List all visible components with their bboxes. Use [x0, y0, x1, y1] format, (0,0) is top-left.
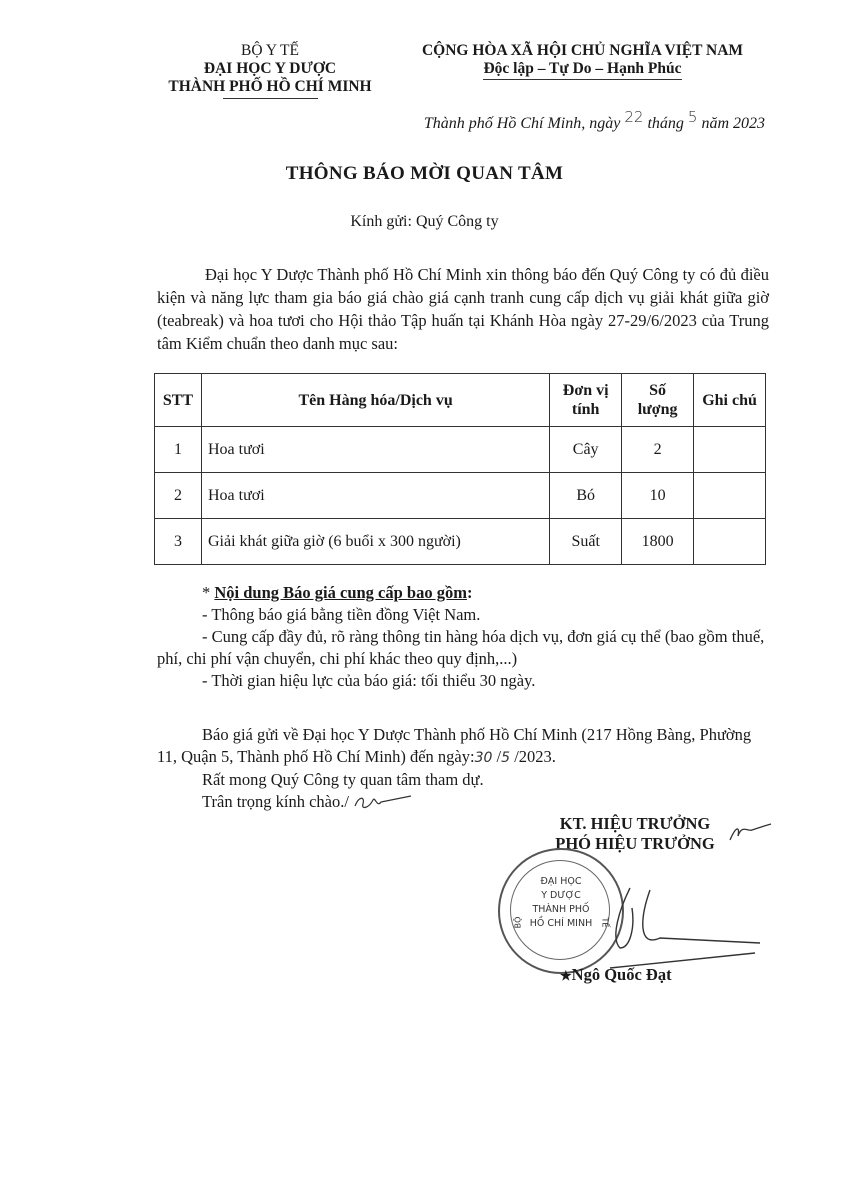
- signature-scribble-icon: [728, 818, 773, 846]
- table-row: 3 Giải khát giữa giờ (6 buổi x 300 người…: [155, 519, 766, 565]
- requirements-heading: * Nội dung Báo giá cung cấp bao gồm:: [157, 582, 787, 604]
- university-name: ĐẠI HỌC Y DƯỢC: [140, 60, 400, 78]
- signer-name-text: Ngô Quốc Đạt: [572, 965, 672, 984]
- cell-quantity: 10: [622, 473, 694, 519]
- regards-text: Trân trọng kính chào./: [202, 792, 349, 811]
- cell-item-name: Giải khát giữa giờ (6 buổi x 300 người): [201, 519, 549, 565]
- deadline-year: /2023.: [514, 747, 556, 766]
- national-motto: Độc lập – Tự Do – Hạnh Phúc: [483, 60, 681, 80]
- heading-colon: :: [467, 583, 473, 602]
- invitation-line: Rất mong Quý Công ty quan tâm tham dự.: [157, 769, 769, 791]
- requirement-item: - Thông báo giá bằng tiền đồng Việt Nam.: [157, 604, 787, 626]
- date-year: năm 2023: [701, 115, 765, 132]
- date-month-handwritten: 5: [688, 108, 698, 126]
- intro-paragraph: Đại học Y Dược Thành phố Hồ Chí Minh xin…: [157, 263, 769, 355]
- country-name: CỘNG HÒA XÃ HỘI CHỦ NGHĨA VIỆT NAM: [395, 42, 770, 60]
- header-stt: STT: [155, 374, 202, 427]
- cell-note: [694, 473, 766, 519]
- header-item-name: Tên Hàng hóa/Dịch vụ: [201, 374, 549, 427]
- cell-unit: Bó: [550, 473, 622, 519]
- stamp-side-text: BỘ: [513, 917, 522, 929]
- submission-text: Báo giá gửi về Đại học Y Dược Thành phố …: [157, 725, 751, 766]
- cell-item-name: Hoa tươi: [201, 427, 549, 473]
- header-divider: [223, 98, 318, 99]
- issuing-organization: BỘ Y TẾ ĐẠI HỌC Y DƯỢC THÀNH PHỐ HỒ CHÍ …: [140, 42, 400, 99]
- deadline-day-handwritten: 30: [475, 750, 493, 766]
- date-line: Thành phố Hồ Chí Minh, ngày 22 tháng 5 n…: [385, 114, 765, 133]
- asterisk-bullet: *: [202, 583, 210, 602]
- deadline-month-handwritten: 5: [501, 750, 510, 766]
- requirement-item: - Cung cấp đầy đủ, rõ ràng thông tin hàn…: [157, 626, 787, 670]
- cell-item-name: Hoa tươi: [201, 473, 549, 519]
- handwritten-signature-icon: [590, 878, 770, 978]
- header-quantity: Số lượng: [622, 374, 694, 427]
- ministry-name: BỘ Y TẾ: [140, 42, 400, 60]
- requirement-item: - Thời gian hiệu lực của báo giá: tối th…: [157, 670, 787, 692]
- initials-scribble-icon: [353, 794, 413, 812]
- signature-title-1: KT. HIỆU TRƯỞNG: [505, 814, 765, 834]
- document-title: THÔNG BÁO MỜI QUAN TÂM: [0, 163, 849, 185]
- closing-section: Báo giá gửi về Đại học Y Dược Thành phố …: [157, 724, 769, 813]
- cell-quantity: 2: [622, 427, 694, 473]
- cell-note: [694, 427, 766, 473]
- cell-stt: 3: [155, 519, 202, 565]
- regards-line: Trân trọng kính chào./: [157, 791, 769, 813]
- date-month-label: tháng: [647, 115, 683, 132]
- items-table: STT Tên Hàng hóa/Dịch vụ Đơn vị tính Số …: [154, 373, 766, 565]
- recipient-line: Kính gửi: Quý Công ty: [0, 213, 849, 231]
- requirements-heading-text: Nội dung Báo giá cung cấp bao gồm: [214, 583, 467, 602]
- quotation-requirements: * Nội dung Báo giá cung cấp bao gồm: - T…: [157, 582, 787, 692]
- submission-instructions: Báo giá gửi về Đại học Y Dược Thành phố …: [157, 724, 769, 769]
- national-header: CỘNG HÒA XÃ HỘI CHỦ NGHĨA VIỆT NAM Độc l…: [395, 42, 770, 80]
- table-header-row: STT Tên Hàng hóa/Dịch vụ Đơn vị tính Số …: [155, 374, 766, 427]
- date-prefix: Thành phố Hồ Chí Minh, ngày: [424, 115, 620, 132]
- signer-name: ★Ngô Quốc Đạt: [560, 965, 690, 985]
- header-unit: Đơn vị tính: [550, 374, 622, 427]
- cell-unit: Suất: [550, 519, 622, 565]
- cell-stt: 2: [155, 473, 202, 519]
- cell-note: [694, 519, 766, 565]
- table-row: 1 Hoa tươi Cây 2: [155, 427, 766, 473]
- table-row: 2 Hoa tươi Bó 10: [155, 473, 766, 519]
- signature-block: KT. HIỆU TRƯỞNG PHÓ HIỆU TRƯỞNG: [505, 814, 765, 854]
- cell-stt: 1: [155, 427, 202, 473]
- cell-unit: Cây: [550, 427, 622, 473]
- cell-quantity: 1800: [622, 519, 694, 565]
- header-note: Ghi chú: [694, 374, 766, 427]
- university-city: THÀNH PHỐ HỒ CHÍ MINH: [140, 78, 400, 96]
- date-day-handwritten: 22: [624, 108, 643, 126]
